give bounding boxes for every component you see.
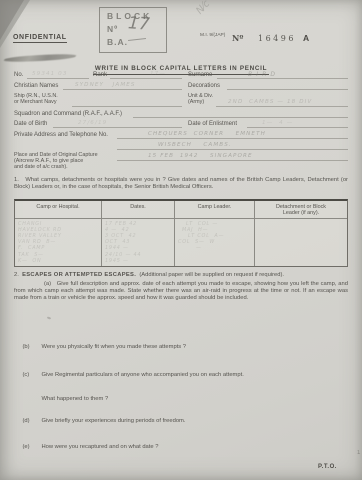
question-2c-followup-text: What happened to them ? xyxy=(41,396,108,402)
address-label: Private Address and Telephone No. xyxy=(14,132,108,139)
form-serial-number: 16496 xyxy=(258,34,296,43)
question-2-note: (Additional paper will be supplied on re… xyxy=(139,272,284,278)
question-2b: (b)Were you physically fit when you made… xyxy=(16,338,186,356)
christian-names-field-line xyxy=(63,89,182,90)
address-field-line1 xyxy=(117,138,348,139)
confidential-label: ONFIDENTIAL xyxy=(13,34,67,43)
question-2e-text: How were you recaptured and on what date… xyxy=(41,444,158,450)
question-2b-label: (b) xyxy=(22,344,41,350)
capture-label-line3: and date of a/c crash). xyxy=(14,165,68,171)
question-2c-followup: What happened to them ? xyxy=(35,390,108,408)
stamp-text-ba: B.A. xyxy=(107,37,128,47)
pencil-scribble: N⁄c xyxy=(194,0,212,17)
squadron-field-line xyxy=(133,117,348,118)
page-number-mark: 1 xyxy=(357,450,360,456)
form-suffix-letter: A xyxy=(303,33,309,43)
question-2a-text: Give full description and approx. date o… xyxy=(14,281,348,301)
question-2-number: 2. xyxy=(14,272,19,278)
question-2e-label: (e) xyxy=(22,444,41,450)
question-2e: (e)How were you recaptured and on what d… xyxy=(16,438,158,456)
capture-handwritten-value: 15 FEB 1942 SINGAPORE xyxy=(148,153,253,159)
unit-handwritten-value: 2ND CAMBS — 18 DIV xyxy=(228,99,312,105)
camps-table-header: Camp or Hospital. Dates. Camp Leader. De… xyxy=(15,201,347,219)
header-camp-or-hospital: Camp or Hospital. xyxy=(15,201,101,218)
squadron-label: Squadron and Command (R.A.F., A.A.F.) xyxy=(14,111,122,118)
rank-label: Rank xyxy=(93,72,107,79)
no-label: No. xyxy=(14,72,23,79)
question-1: 1. What camps, detachments or hospitals … xyxy=(14,177,348,191)
decorations-label: Decorations xyxy=(188,83,220,90)
enlistment-label: Date of Enlistment xyxy=(188,121,237,128)
unit-field-line xyxy=(216,106,348,107)
date-of-birth-handwritten-value: 27/6/19 xyxy=(78,120,107,126)
capture-field-line xyxy=(117,160,348,161)
question-1-number: 1. xyxy=(14,177,19,183)
surname-label: Surname xyxy=(188,72,212,79)
address-handwritten-line1: CHEQUERS CORNER EMNETH xyxy=(148,131,266,137)
block-number-stamp: BLOCK Nº B.A. 17 xyxy=(99,7,167,53)
christian-names-label: Christian Names xyxy=(14,83,58,90)
dates-column-entries: 17 FEB 42 4 — 42 3 OCT 42 OCT 43 1944 — … xyxy=(101,219,174,266)
header-camp-leader: Camp Leader. xyxy=(174,201,254,218)
surname-handwritten-value: B I R D xyxy=(248,71,276,78)
header-dates: Dates. xyxy=(101,201,174,218)
decorations-field-line xyxy=(227,89,348,90)
ship-field-line xyxy=(72,106,182,107)
question-2d: (d)Give briefly your experiences during … xyxy=(16,412,185,430)
question-2c-text: Give Regimental particulars of anyone wh… xyxy=(41,372,243,378)
christian-names-handwritten-value: SYDNEY JAMES xyxy=(75,82,136,88)
rank-field-line xyxy=(110,78,182,79)
question-2a-label: (a) xyxy=(44,281,51,287)
form-reference-prefix: M.I. 9/(JAP) xyxy=(200,33,225,38)
enlistment-field-line xyxy=(247,127,348,128)
block-leader-column-entries xyxy=(254,219,347,266)
address-field-line2 xyxy=(117,149,348,150)
question-2d-label: (d) xyxy=(22,418,41,424)
address-handwritten-line2: WISBECH CAMBS. xyxy=(158,142,232,148)
question-2b-text: Were you physically fit when you made th… xyxy=(41,344,186,350)
surname-field-line xyxy=(217,78,348,79)
form-number-symbol: Nº xyxy=(232,33,243,43)
question-2c: (c)Give Regimental particulars of anyone… xyxy=(16,366,244,384)
rank-handwritten-value: 17— xyxy=(150,71,166,77)
header-block-leader: Detachment or Block Leader (if any). xyxy=(254,201,347,218)
camps-table: Camp or Hospital. Dates. Camp Leader. De… xyxy=(14,199,348,267)
enlistment-handwritten-value: 1— 4 — xyxy=(262,120,293,126)
camps-table-body: CHANGI HAVELOCK RD RIVER VALLEY VAN RD B… xyxy=(15,219,347,266)
no-field-line xyxy=(27,78,89,79)
unit-label-line2: (Army) xyxy=(188,100,204,106)
no-handwritten-value: 59341 03 xyxy=(32,71,68,77)
question-2-title: ESCAPES OR ATTEMPTED ESCAPES. xyxy=(22,272,136,278)
handwritten-block-number: 17 xyxy=(127,13,150,34)
date-of-birth-label: Date of Birth xyxy=(14,121,47,128)
question-1-text: What camps, detachments or hospitals wer… xyxy=(14,177,348,190)
ship-label-line2: or Merchant Navy xyxy=(14,100,57,106)
scanned-form-page: ONFIDENTIAL BLOCK Nº B.A. 17 N⁄c M.I. 9/… xyxy=(0,0,362,480)
date-of-birth-field-line xyxy=(53,127,182,128)
question-2c-label: (c) xyxy=(22,372,41,378)
please-turn-over: P.T.O. xyxy=(318,464,337,470)
camp-column-entries: CHANGI HAVELOCK RD RIVER VALLEY VAN RD B… xyxy=(15,219,101,266)
question-2-heading: 2. ESCAPES OR ATTEMPTED ESCAPES. (Additi… xyxy=(14,272,348,279)
question-2a: (a) Give full description and approx. da… xyxy=(14,281,348,302)
handwritten-underline xyxy=(128,38,146,41)
question-2d-text: Give briefly your experiences during per… xyxy=(41,418,185,424)
camp-leader-column-entries: LT COL — MAJ H— LT COL A— COL S— W — xyxy=(174,219,254,266)
stamp-text-no: Nº xyxy=(107,24,118,34)
pencil-mark xyxy=(47,316,51,319)
